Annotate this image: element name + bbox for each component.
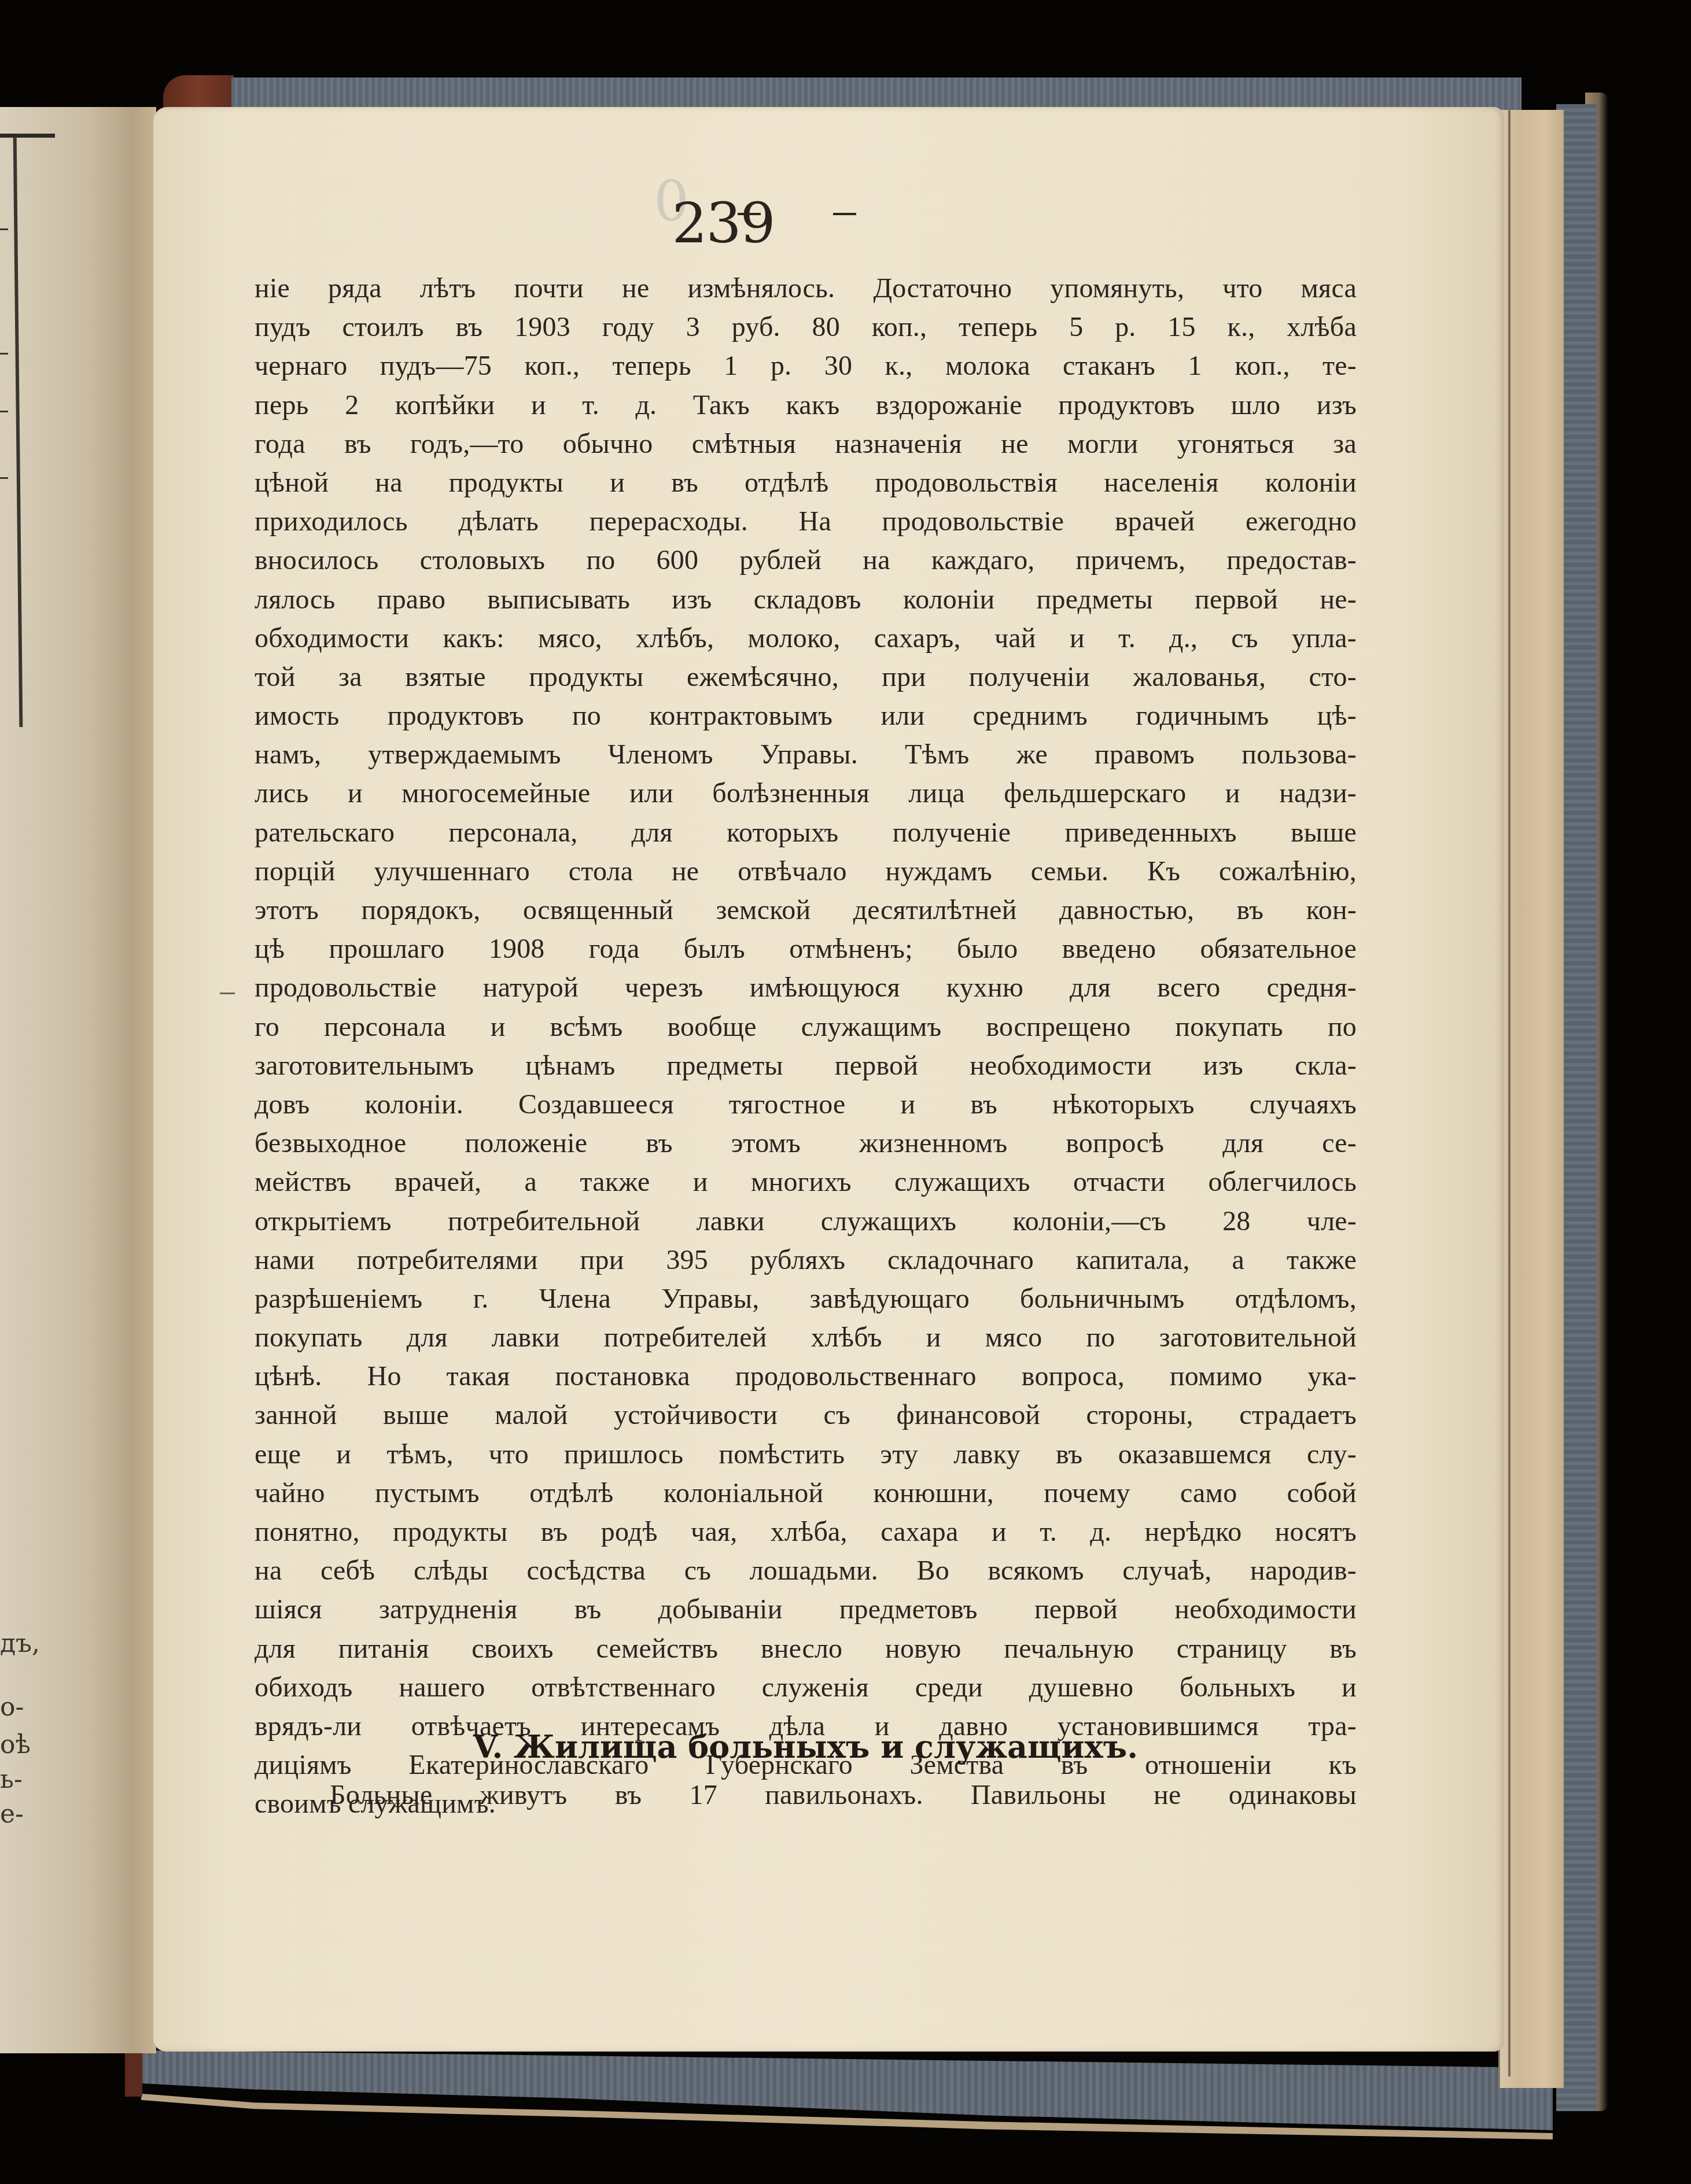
page-number-dash-right (833, 213, 856, 215)
text-line: Больные живутъ въ 17 павильонахъ. Павиль… (255, 1776, 1357, 1814)
facing-text-fragment: е- (0, 1802, 24, 1827)
text-line: занной выше малой устойчивости съ финанс… (255, 1396, 1357, 1434)
text-line: вносилось столовыхъ по 600 рублей на каж… (255, 541, 1357, 580)
text-line: продовольствіе натурой черезъ имѣющуюся … (255, 968, 1357, 1007)
page-stack-edge (1498, 110, 1564, 2088)
text-line: порцій улучшеннаго стола не отвѣчало нуж… (255, 852, 1357, 891)
text-line: обходимости какъ: мясо, хлѣбъ, молоко, с… (255, 619, 1357, 658)
text-line: обиходъ нашего отвѣтственнаго служенія с… (255, 1668, 1357, 1707)
text-line: го персонала и всѣмъ вообще служащимъ во… (255, 1008, 1357, 1046)
text-line: цѣной на продукты и въ отдѣлѣ продовольс… (255, 463, 1357, 502)
text-line: лись и многосемейные или болѣзненныя лиц… (255, 774, 1357, 813)
facing-table-tick (0, 411, 8, 412)
text-line: намъ, утверждаемымъ Членомъ Управы. Тѣмъ… (255, 735, 1357, 774)
text-line: понятно, продукты въ родѣ чая, хлѣба, са… (255, 1512, 1357, 1551)
text-line: разрѣшеніемъ г. Члена Управы, завѣдующаг… (255, 1279, 1357, 1318)
text-line: чайно пустымъ отдѣлѣ колоніальной конюшн… (255, 1474, 1357, 1512)
facing-text-fragment: оѣ (0, 1732, 31, 1758)
text-line: довъ колоніи. Создавшееся тягостное и въ… (255, 1085, 1357, 1124)
cover-leather-corner-top (163, 75, 234, 111)
text-line: шіяся затрудненія въ добываніи предметов… (255, 1590, 1357, 1629)
facing-text-fragment: ь- (0, 1767, 23, 1792)
text-line: этотъ порядокъ, освященный земской десят… (255, 891, 1357, 929)
text-line: безвыходное положеніе въ этомъ жизненном… (255, 1124, 1357, 1163)
text-line: перь 2 копѣйки и т. д. Такъ какъ вздорож… (255, 386, 1357, 425)
facing-page: дъ, о- оѣ ь- е- (0, 107, 156, 2053)
text-line: для питанія своихъ семействъ внесло нову… (255, 1629, 1357, 1668)
section-body: Больные живутъ въ 17 павильонахъ. Павиль… (255, 1776, 1357, 1814)
body-text: ніе ряда лѣтъ почти не измѣнялось. Доста… (255, 269, 1357, 1824)
text-line: имость продуктовъ по контрактовымъ или с… (255, 696, 1357, 735)
text-line: нами потребителями при 395 рубляхъ склад… (255, 1241, 1357, 1279)
text-line: пудъ стоилъ въ 1903 году 3 руб. 80 коп.,… (255, 308, 1357, 346)
text-line: заготовительнымъ цѣнамъ предметы первой … (255, 1046, 1357, 1085)
text-line: открытіемъ потребительной лавки служащих… (255, 1202, 1357, 1241)
text-line: цѣнѣ. Но такая постановка продовольствен… (255, 1357, 1357, 1396)
facing-table-tick (0, 228, 8, 230)
text-line: еще и тѣмъ, что пришлось помѣстить эту л… (255, 1435, 1357, 1474)
text-line: чернаго пудъ—75 коп., теперь 1 р. 30 к.,… (255, 346, 1357, 385)
text-line: рательскаго персонала, для которыхъ полу… (255, 813, 1357, 852)
page-edge-line (1508, 110, 1511, 2076)
facing-table-rule-top (0, 134, 55, 138)
text-line: на себѣ слѣды сосѣдства съ лошадьми. Во … (255, 1551, 1357, 1590)
facing-table-tick (0, 477, 8, 479)
text-line: покупать для лавки потребителей хлѣбъ и … (255, 1318, 1357, 1357)
cover-leather-corner-bottom (125, 2050, 142, 2097)
text-line: цѣ прошлаго 1908 года былъ отмѣненъ; был… (255, 929, 1357, 968)
text-line: ніе ряда лѣтъ почти не измѣнялось. Доста… (255, 269, 1357, 308)
text-line: той за взятые продукты ежемѣсячно, при п… (255, 658, 1357, 696)
page-number: 239 (636, 191, 810, 256)
text-line: мействъ врачей, а также и многихъ служащ… (255, 1163, 1357, 1201)
text-line: лялось право выписывать изъ складовъ кол… (255, 580, 1357, 619)
cover-cloth-top (231, 78, 1521, 111)
facing-table-rule-vertical (13, 137, 23, 727)
facing-table-tick (0, 353, 8, 355)
section-heading: V. Жилища больныхъ и служащихъ. (255, 1728, 1357, 1765)
facing-text-fragment: о- (0, 1695, 24, 1720)
facing-text-fragment: дъ, (0, 1631, 40, 1657)
text-line: приходилось дѣлать перерасходы. На продо… (255, 502, 1357, 541)
text-line: года въ годъ,—то обычно смѣтныя назначен… (255, 425, 1357, 463)
margin-mark (220, 993, 235, 994)
